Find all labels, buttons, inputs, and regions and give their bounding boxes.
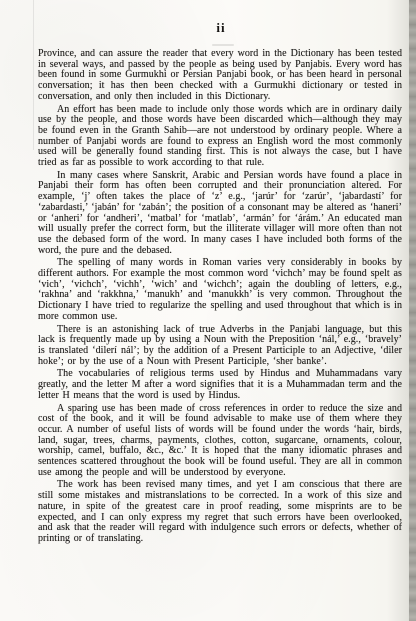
scan-artifact-left-line — [33, 0, 34, 150]
paragraph: The work has been revised many times, an… — [38, 480, 402, 544]
paragraph: Province, and can assure the reader that… — [38, 49, 402, 103]
paragraph: There is an astonishing lack of true Adv… — [38, 325, 402, 368]
paragraph: An effort has been made to include only … — [38, 105, 402, 169]
paragraph: The vocabularies of religious terms used… — [38, 369, 402, 401]
page-number: ii — [0, 20, 416, 36]
paragraph: In many cases where Sanskrit, Arabic and… — [38, 171, 402, 257]
paragraph: The spelling of many words in Roman vari… — [38, 258, 402, 322]
scan-page-edge — [409, 0, 416, 621]
scanned-book-page: ii Province, and can assure the reader t… — [0, 0, 416, 621]
paragraph: A sparing use has been made of cross ref… — [38, 404, 402, 479]
page-text-block: Province, and can assure the reader that… — [38, 49, 402, 547]
scan-artifact-speck — [212, 44, 234, 46]
